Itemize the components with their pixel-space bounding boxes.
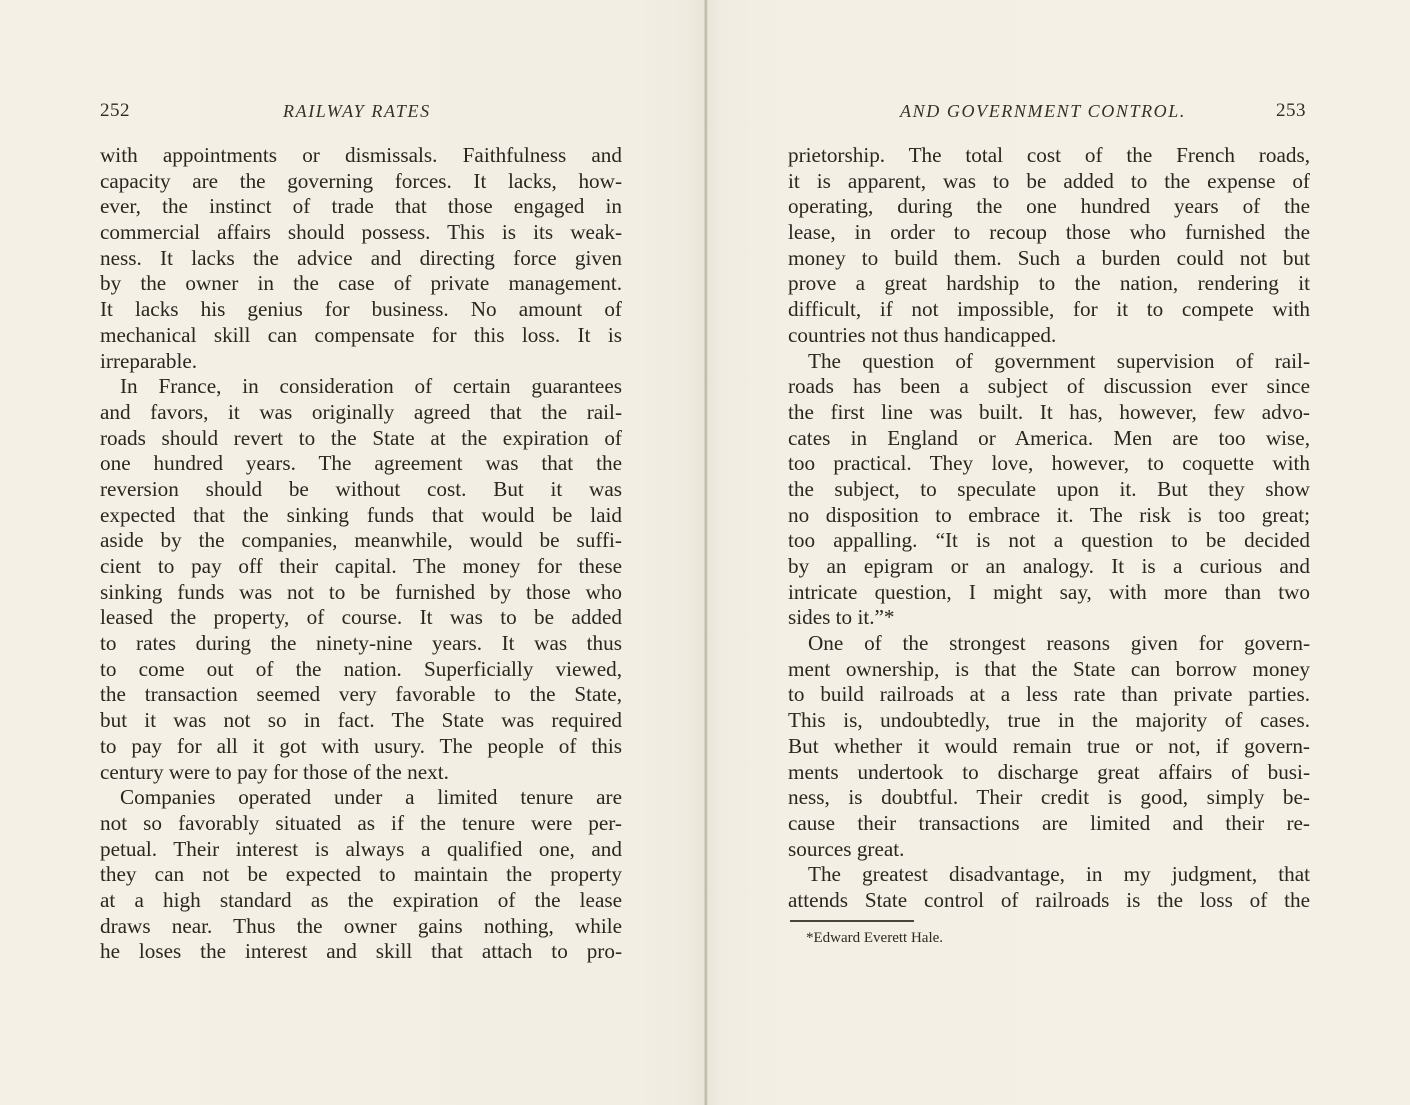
text-line: money to build them. Such a burden could…	[788, 246, 1310, 272]
text-line: ment ownership, is that the State can bo…	[788, 657, 1310, 683]
text-line: century were to pay for those of the nex…	[100, 760, 622, 786]
text-line: no disposition to embrace it. The risk i…	[788, 503, 1310, 529]
footnote: *Edward Everett Hale.	[806, 928, 943, 948]
text-line: sides to it.”*	[788, 605, 1310, 631]
body-text: prietorship. The total cost of the Frenc…	[788, 143, 1310, 914]
text-line: to build railroads at a less rate than p…	[788, 682, 1310, 708]
text-line: by the owner in the case of private mana…	[100, 271, 622, 297]
text-line: mechanical skill can compensate for this…	[100, 323, 622, 349]
text-line: sources great.	[788, 837, 1310, 863]
text-line: prietorship. The total cost of the Frenc…	[788, 143, 1310, 169]
text-line: to rates during the ninety-nine years. I…	[100, 631, 622, 657]
text-line: the transaction seemed very favorable to…	[100, 682, 622, 708]
text-line: roads has been a subject of discussion e…	[788, 374, 1310, 400]
text-line: countries not thus handicapped.	[788, 323, 1310, 349]
text-line: reversion should be without cost. But it…	[100, 477, 622, 503]
text-line: One of the strongest reasons given for g…	[788, 631, 1310, 657]
text-line: but it was not so in fact. The State was…	[100, 708, 622, 734]
text-line: too appalling. “It is not a question to …	[788, 528, 1310, 554]
text-line: In France, in consideration of certain g…	[100, 374, 622, 400]
text-line: it is apparent, was to be added to the e…	[788, 169, 1310, 195]
text-line: leased the property, of course. It was t…	[100, 605, 622, 631]
text-line: ness, is doubtful. Their credit is good,…	[788, 785, 1310, 811]
text-line: roads should revert to the State at the …	[100, 426, 622, 452]
right-page: AND GOVERNMENT CONTROL. 253 prietorship.…	[708, 0, 1410, 1105]
text-line: ever, the instinct of trade that those e…	[100, 194, 622, 220]
text-line: they can not be expected to maintain the…	[100, 862, 622, 888]
text-line: by an epigram or an analogy. It is a cur…	[788, 554, 1310, 580]
text-line: one hundred years. The agreement was tha…	[100, 451, 622, 477]
text-line: irreparable.	[100, 349, 622, 375]
text-line: too practical. They love, however, to co…	[788, 451, 1310, 477]
text-line: the subject, to speculate upon it. But t…	[788, 477, 1310, 503]
text-line: petual. Their interest is always a quali…	[100, 837, 622, 863]
text-line: with appointments or dismissals. Faithfu…	[100, 143, 622, 169]
text-line: Companies operated under a limited tenur…	[100, 785, 622, 811]
book-spread: 252 RAILWAY RATES with appointments or d…	[0, 0, 1410, 1105]
running-head: AND GOVERNMENT CONTROL.	[900, 98, 1186, 124]
left-page: 252 RAILWAY RATES with appointments or d…	[0, 0, 705, 1105]
text-line: aside by the companies, meanwhile, would…	[100, 528, 622, 554]
text-line: to come out of the nation. Superficially…	[100, 657, 622, 683]
text-line: capacity are the governing forces. It la…	[100, 169, 622, 195]
text-line: intricate question, I might say, with mo…	[788, 580, 1310, 606]
text-line: difficult, if not impossible, for it to …	[788, 297, 1310, 323]
text-line: not so favorably situated as if the tenu…	[100, 811, 622, 837]
footnote-rule	[790, 920, 914, 922]
text-line: But whether it would remain true or not,…	[788, 734, 1310, 760]
text-line: operating, during the one hundred years …	[788, 194, 1310, 220]
text-line: The greatest disadvantage, in my judgmen…	[788, 862, 1310, 888]
text-line: It lacks his genius for business. No amo…	[100, 297, 622, 323]
text-line: at a high standard as the expiration of …	[100, 888, 622, 914]
text-line: sinking funds was not to be furnished by…	[100, 580, 622, 606]
text-line: ments undertook to discharge great affai…	[788, 760, 1310, 786]
text-line: commercial affairs should possess. This …	[100, 220, 622, 246]
page-number: 253	[1276, 98, 1306, 124]
text-line: to pay for all it got with usury. The pe…	[100, 734, 622, 760]
text-line: cause their transactions are limited and…	[788, 811, 1310, 837]
text-line: prove a great hardship to the nation, re…	[788, 271, 1310, 297]
running-head: RAILWAY RATES	[283, 98, 431, 124]
text-line: cates in England or America. Men are too…	[788, 426, 1310, 452]
text-line: draws near. Thus the owner gains nothing…	[100, 914, 622, 940]
text-line: lease, in order to recoup those who furn…	[788, 220, 1310, 246]
text-line: ness. It lacks the advice and directing …	[100, 246, 622, 272]
text-line: This is, undoubtedly, true in the majori…	[788, 708, 1310, 734]
text-line: expected that the sinking funds that wou…	[100, 503, 622, 529]
text-line: attends State control of railroads is th…	[788, 888, 1310, 914]
text-line: The question of government supervision o…	[788, 349, 1310, 375]
text-line: he loses the interest and skill that att…	[100, 939, 622, 965]
text-line: cient to pay off their capital. The mone…	[100, 554, 622, 580]
body-text: with appointments or dismissals. Faithfu…	[100, 143, 622, 965]
page-number: 252	[100, 98, 130, 124]
text-line: the first line was built. It has, howeve…	[788, 400, 1310, 426]
text-line: and favors, it was originally agreed tha…	[100, 400, 622, 426]
